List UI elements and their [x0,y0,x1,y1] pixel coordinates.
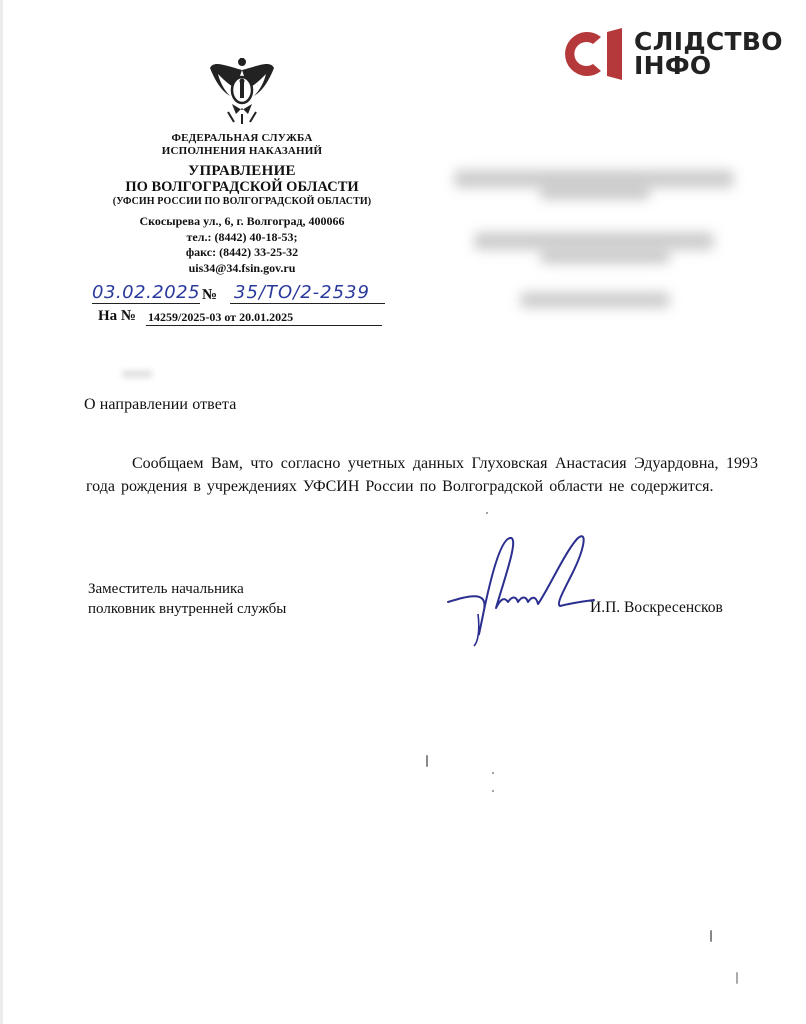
scan-speck [492,772,494,774]
outgoing-date: 03.02.2025 [92,284,200,304]
registration-line: 03.02.2025 № 35/ТО/2-2539 [92,284,387,306]
letter-subject: О направлении ответа [84,396,236,414]
scan-speck [492,790,494,792]
email: uis34@34.fsin.gov.ru [92,261,392,277]
scan-speck [486,512,488,514]
letterhead: ФЕДЕРАЛЬНАЯ СЛУЖБА ИСПОЛНЕНИЯ НАКАЗАНИЙ … [92,56,392,276]
scan-speck [426,755,428,767]
signatory-position: Заместитель начальника полковник внутрен… [88,579,286,619]
reference-line: На № 14259/2025-03 от 20.01.2025 [98,306,388,328]
logo-wordmark: СЛІДСТВО ІНФО [634,30,783,78]
page-edge [0,0,3,1024]
number-label: № [202,287,217,304]
reference-value: 14259/2025-03 от 20.01.2025 [146,306,382,326]
scan-smudge [122,370,152,378]
agency-abbreviation: (УФСИН РОССИИ ПО ВОЛГОГРАДСКОЙ ОБЛАСТИ) [92,195,392,208]
outgoing-number: 35/ТО/2-2539 [230,284,385,304]
region-title: ПО ВОЛГОГРАДСКОЙ ОБЛАСТИ [92,179,392,195]
signatory-name: И.П. Воскресенсков [590,599,723,617]
sledstvo-info-logo: СЛІДСТВО ІНФО [560,28,790,83]
scan-speck [736,972,738,984]
fax: факс: (8442) 33-25-32 [92,245,392,261]
phone: тел.: (8442) 40-18-53; [92,230,392,246]
redacted-addressee [440,160,740,310]
address: Скосырева ул., 6, г. Волгоград, 400066 [92,214,392,230]
agency-name: ФЕДЕРАЛЬНАЯ СЛУЖБА ИСПОЛНЕНИЯ НАКАЗАНИЙ [92,132,392,158]
redaction-bar [540,184,650,200]
letter-body: Сообщаем Вам, что согласно учетных данны… [86,452,758,498]
department-title: УПРАВЛЕНИЕ [92,163,392,179]
logo-line-2: ІНФО [634,54,783,78]
reference-label: На № [98,308,136,325]
si-logo-mark-icon [560,28,626,80]
redaction-bar [540,248,670,264]
handwritten-signature-icon [438,530,598,650]
eagle-emblem-icon [206,56,278,128]
redaction-bar [520,292,670,308]
scan-speck [710,930,712,942]
